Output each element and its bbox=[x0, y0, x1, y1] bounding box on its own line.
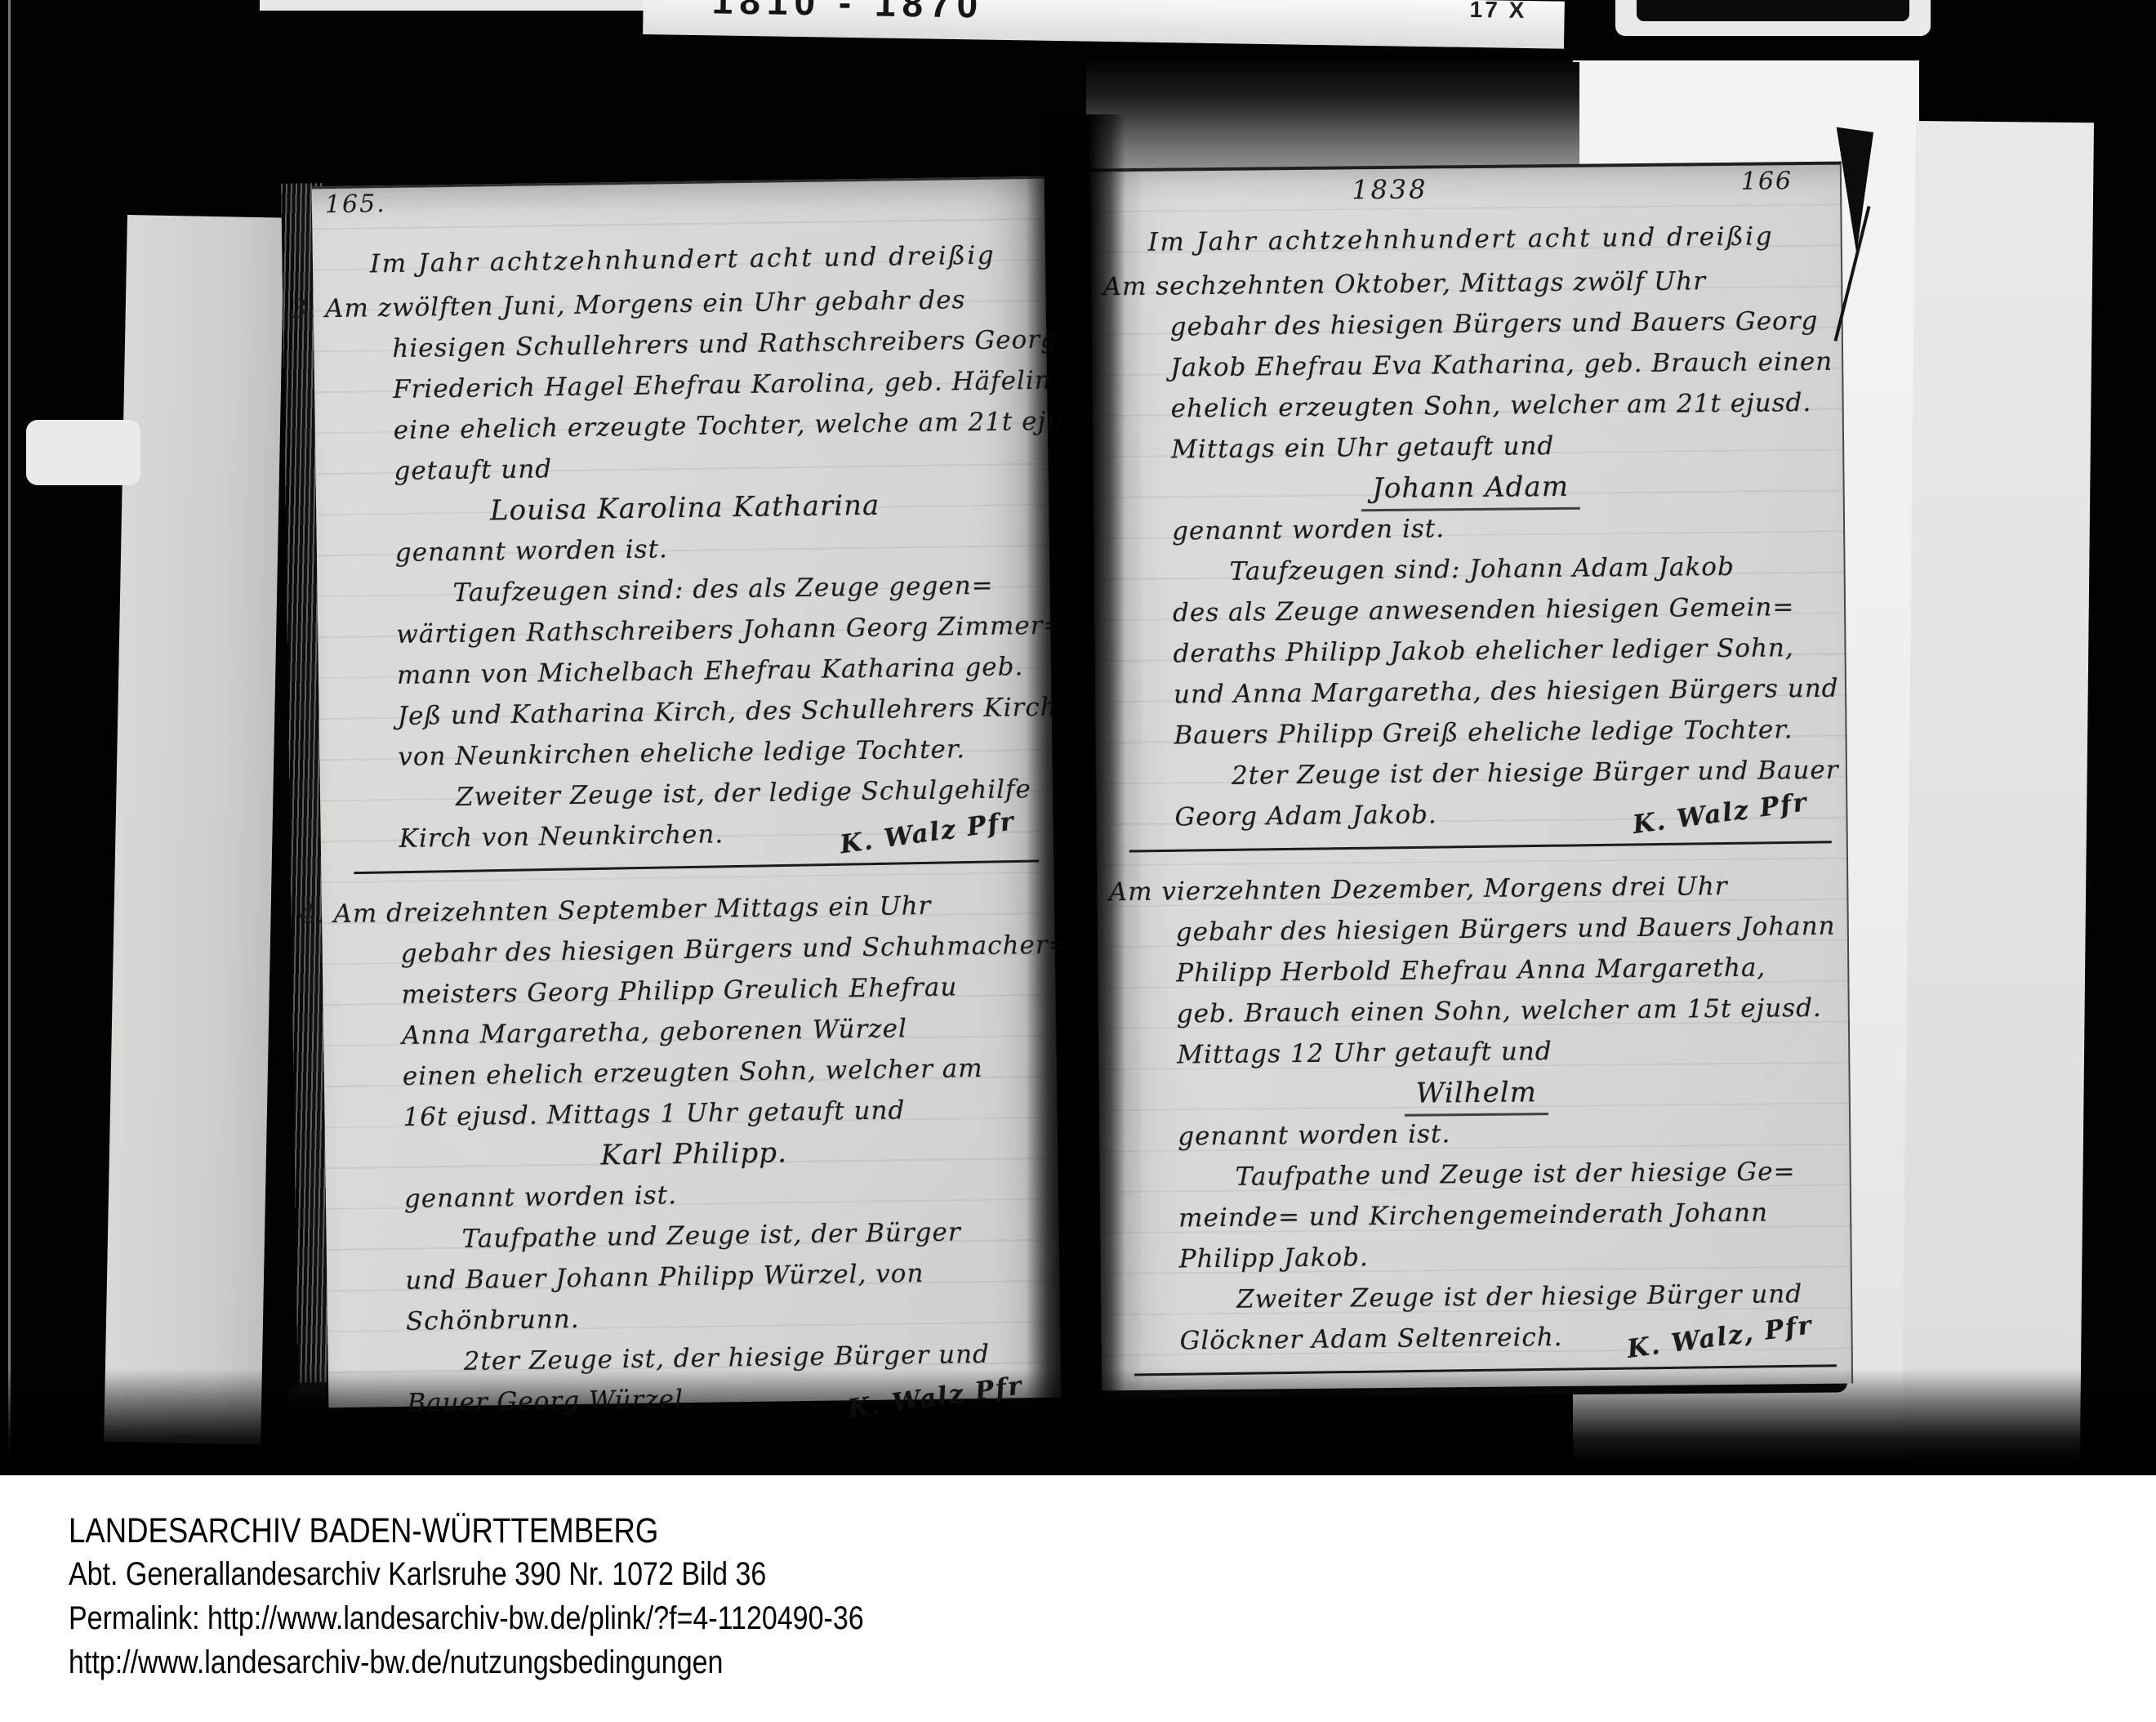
register-page-165: 165. Im Jahr achtzehnhundert acht und dr… bbox=[312, 176, 1062, 1407]
backing-sheet-dim bbox=[1902, 121, 2094, 1464]
year-label: 1838 bbox=[1352, 173, 1428, 205]
page-marker-tab bbox=[26, 420, 140, 485]
handwriting-line: genannt worden ist. bbox=[1099, 1110, 1849, 1158]
handwriting-line: Mittags 12 Uhr getauft und bbox=[1098, 1028, 1848, 1077]
register-page-166: 1838 166 Im Jahr achtzehnhundert acht un… bbox=[1090, 162, 1853, 1391]
date-range-label: 1810 - 1870 bbox=[711, 0, 984, 27]
handwriting-line: ehelich erzeugten Sohn, welcher am 21t e… bbox=[1092, 382, 1842, 430]
handwriting-line: meinde= und Kirchengemeinderath Johann bbox=[1100, 1192, 1850, 1240]
handwriting-line: Taufzeugen sind: Johann Adam Jakob bbox=[1094, 546, 1843, 594]
handwriting-line: geb. Brauch einen Sohn, welcher am 15t e… bbox=[1098, 988, 1848, 1036]
spine-date-label: 1810 - 1870 17 X bbox=[643, 0, 1565, 49]
handwriting-line: Jakob Ehefrau Eva Katharina, geb. Brauch… bbox=[1092, 341, 1842, 390]
shelf-mark-label: 17 X bbox=[1469, 0, 1526, 24]
scan-edge-line bbox=[8, 0, 11, 1470]
handwriting-line: 6. Am vierzehnten Dezember, Morgens drei… bbox=[1097, 865, 1846, 913]
permalink: Permalink: http://www.landesarchiv-bw.de… bbox=[69, 1600, 864, 1637]
top-shelf-strip bbox=[260, 0, 644, 11]
page-top-shadow-gradient bbox=[1086, 62, 1579, 176]
right-page-text: Im Jahr achtzehnhundert acht und dreißig… bbox=[1090, 212, 1851, 1396]
archive-reference: Abt. Generallandesarchiv Karlsruhe 390 N… bbox=[69, 1556, 766, 1593]
archive-footer: LANDESARCHIV BADEN-WÜRTTEMBERG Abt. Gene… bbox=[0, 1475, 2156, 1722]
handwriting-line: gebahr des hiesigen Bürgers und Bauers G… bbox=[1091, 301, 1841, 349]
handwriting-line: Mittags ein Uhr getauft und bbox=[1093, 423, 1842, 471]
handwriting-line: Bauers Philipp Greiß eheliche ledige Toc… bbox=[1095, 709, 1845, 757]
handwriting-line: des als Zeuge anwesenden hiesigen Gemein… bbox=[1094, 587, 1844, 635]
handwriting-line: Wilhelm bbox=[1099, 1069, 1849, 1118]
handwriting-line: Glöckner Adam Seltenreich.K. Walz, Pfr bbox=[1101, 1314, 1851, 1363]
handwriting-line: deraths Philipp Jakob ehelicher lediger … bbox=[1094, 627, 1844, 676]
left-page-text: Im Jahr achtzehnhundert acht und dreißig… bbox=[313, 231, 1062, 1425]
handwriting-line: 5. Am sechzehnten Oktober, Mittags zwölf… bbox=[1091, 260, 1841, 308]
handwriting-line: Taufpathe und Zeuge ist der hiesige Ge= bbox=[1099, 1151, 1849, 1199]
book-bottom-shadow bbox=[0, 1369, 2156, 1475]
handwriting-line: Im Jahr achtzehnhundert acht und dreißig bbox=[1090, 212, 1841, 267]
handwriting-line: Philipp Herbold Ehefrau Anna Margaretha, bbox=[1098, 947, 1847, 995]
scanned-register-image: 165. Im Jahr achtzehnhundert acht und dr… bbox=[0, 0, 2156, 1475]
archive-name: LANDESARCHIV BADEN-WÜRTTEMBERG bbox=[69, 1511, 658, 1551]
book-gutter-shadow bbox=[1026, 114, 1125, 1421]
handwriting-line: 2ter Zeuge ist der hiesige Bürger und Ba… bbox=[1096, 750, 1846, 798]
page-number-left: 165. bbox=[325, 190, 386, 219]
handwriting-line: Johann Adam bbox=[1093, 464, 1842, 512]
handwriting-line: genannt worden ist. bbox=[1094, 505, 1843, 553]
label-frame-slot bbox=[1637, 0, 1909, 21]
handwriting-line: Philipp Jakob. bbox=[1100, 1233, 1850, 1281]
handwriting-line: Georg Adam Jakob.K. Walz Pfr bbox=[1096, 791, 1846, 839]
terms-url: http://www.landesarchiv-bw.de/nutzungsbe… bbox=[69, 1644, 723, 1681]
handwriting-line: und Anna Margaretha, des hiesigen Bürger… bbox=[1095, 668, 1845, 716]
underlay-sheet bbox=[104, 215, 284, 1444]
page-number-right: 166 bbox=[1741, 167, 1793, 196]
handwriting-line: gebahr des hiesigen Bürgers und Bauers J… bbox=[1098, 906, 1847, 954]
label-frame bbox=[1615, 0, 1931, 36]
